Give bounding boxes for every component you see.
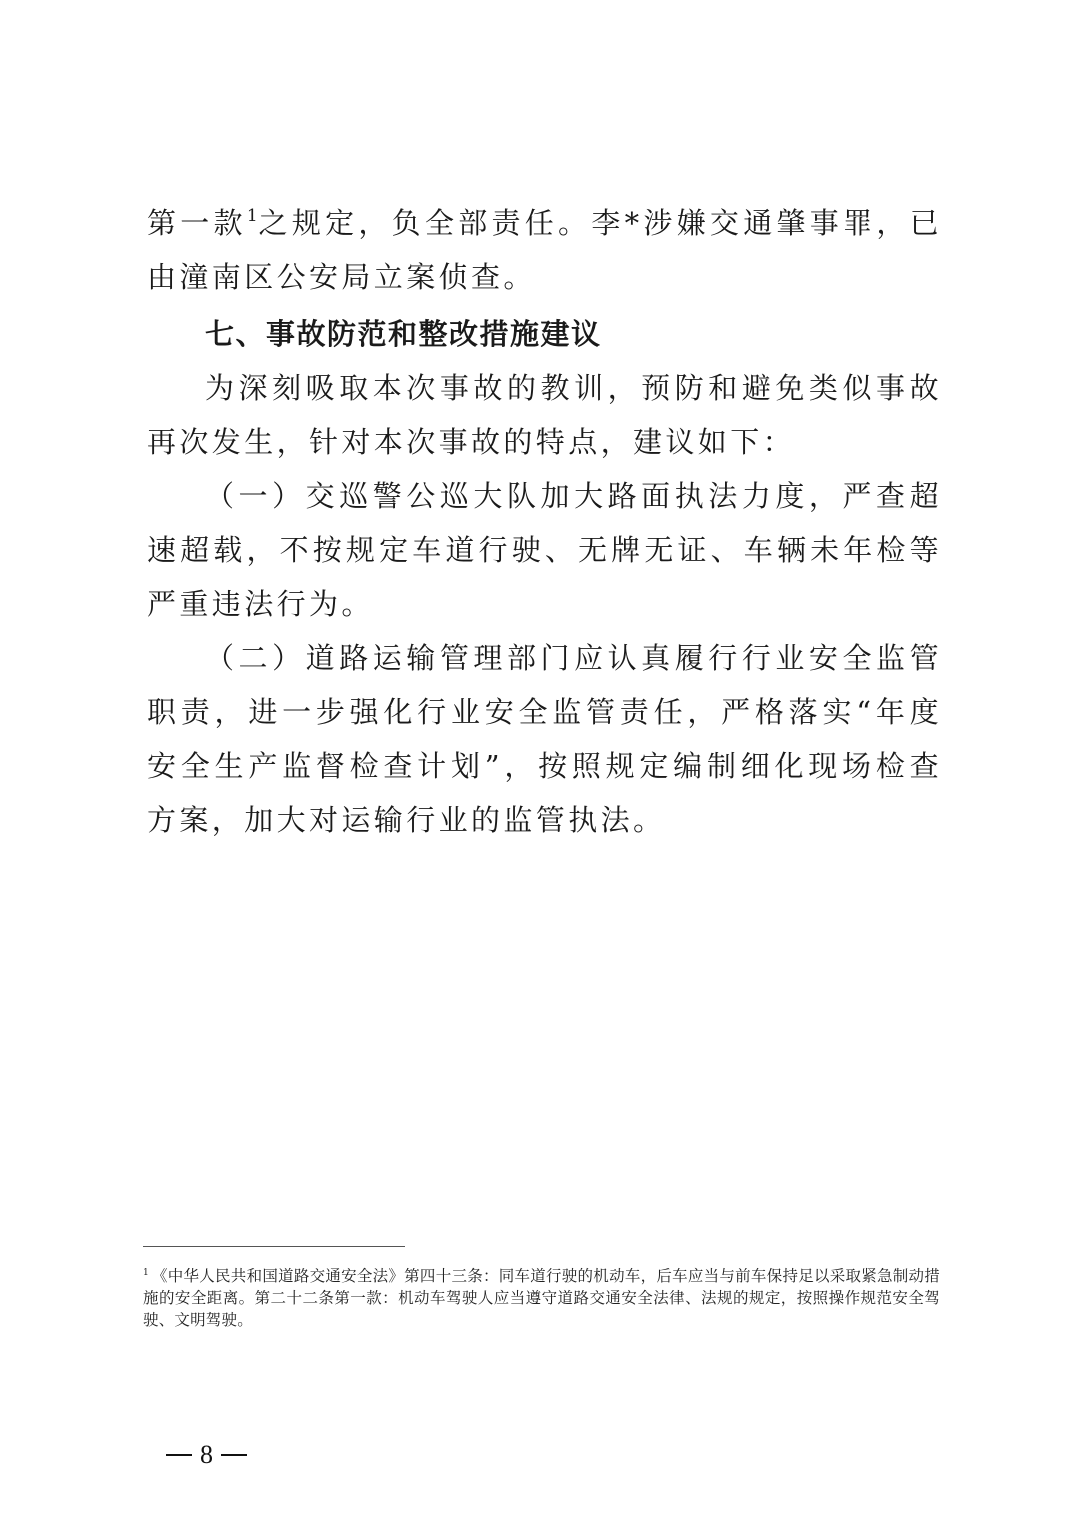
dash-left [166, 1454, 192, 1455]
paragraph-measure-2: （二）道路运输管理部门应认真履行行业安全监管职责，进一步强化行业安全监管责任，严… [147, 631, 942, 847]
body-text: 第一款1之规定，负全部责任。李*涉嫌交通肇事罪，已由潼南区公安局立案侦查。 七、… [147, 196, 942, 847]
section-heading: 七、事故防范和整改措施建议 [147, 307, 942, 361]
dash-right [221, 1454, 247, 1455]
page-number: 8 [166, 1440, 247, 1470]
paragraph-measure-1: （一）交巡警公巡大队加大路面执法力度，严查超速超载，不按规定车道行驶、无牌无证、… [147, 469, 942, 631]
footnote: 1《中华人民共和国道路交通安全法》第四十三条：同车道行驶的机动车，后车应当与前车… [143, 1265, 940, 1331]
footnote-marker: 1 [143, 1268, 149, 1278]
text-span: 之规定，负全部责任。李*涉嫌交通肇事罪，已由潼南区公安局立案侦查。 [147, 206, 942, 294]
footnote-text: 《中华人民共和国道路交通安全法》第四十三条：同车道行驶的机动车，后车应当与前车保… [143, 1267, 940, 1329]
footnote-reference[interactable]: 1 [247, 206, 258, 226]
text-span: 第一款 [147, 206, 247, 240]
footnote-divider [143, 1246, 405, 1247]
paragraph-liability: 第一款1之规定，负全部责任。李*涉嫌交通肇事罪，已由潼南区公安局立案侦查。 [147, 196, 942, 304]
paragraph-intro: 为深刻吸取本次事故的教训，预防和避免类似事故再次发生，针对本次事故的特点，建议如… [147, 361, 942, 469]
page-number-value: 8 [200, 1440, 213, 1470]
document-page: 第一款1之规定，负全部责任。李*涉嫌交通肇事罪，已由潼南区公安局立案侦查。 七、… [0, 0, 1074, 1520]
